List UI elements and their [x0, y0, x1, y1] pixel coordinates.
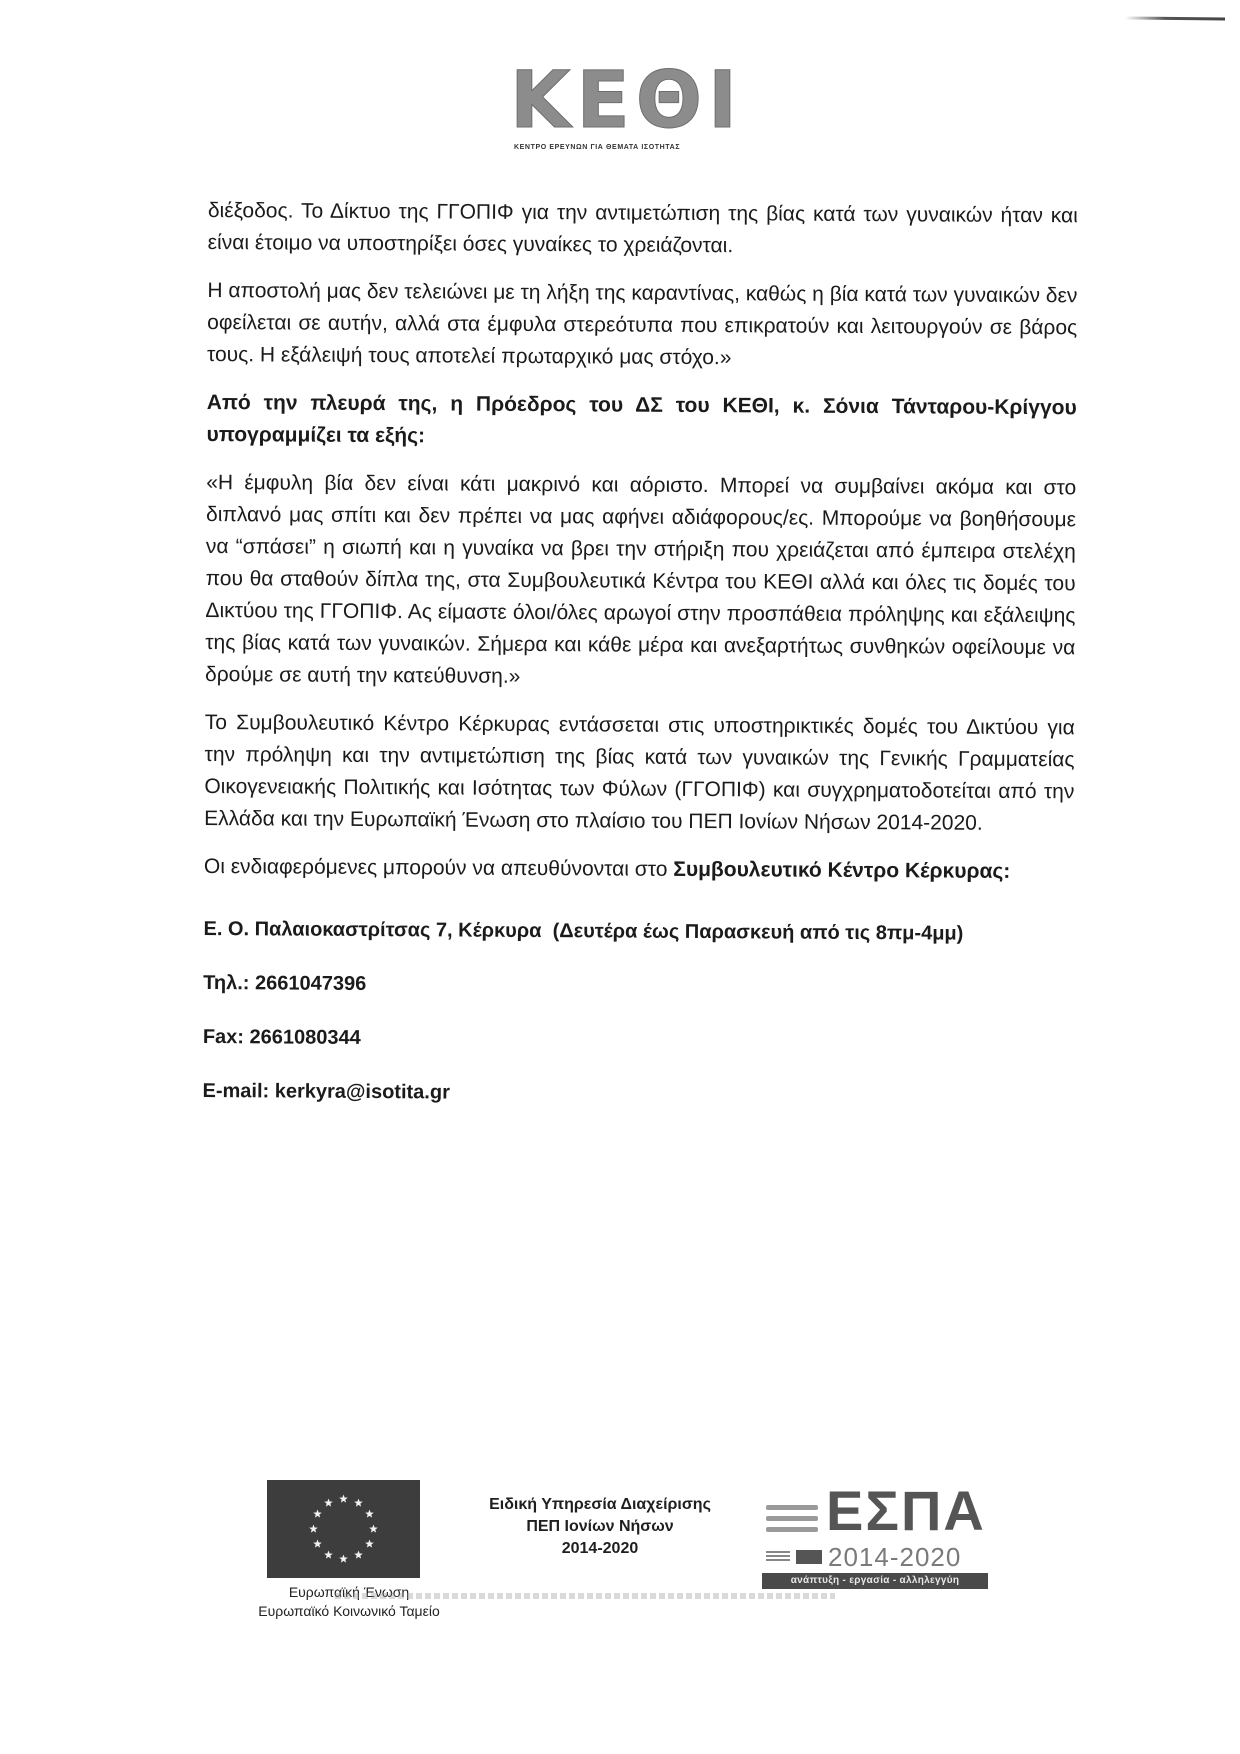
logo-letters: ΚΕΘΙ: [510, 62, 743, 140]
espa-flags-icon: [766, 1549, 824, 1565]
eu-caption-fund: Ευρωπαϊκό Κοινωνικό Ταμείο: [244, 1602, 454, 1621]
hours-text: (Δευτέρα έως Παρασκευή από τις 8πμ-4μμ): [553, 920, 964, 945]
contact-intro-center: Συμβουλευτικό Κέντρο Κέρκυρας:: [673, 858, 1010, 883]
managing-authority-line2: ΠΕΠ Ιονίων Νήσων: [455, 1516, 745, 1538]
document-body: διέξοδος. Το Δίκτυο της ΓΓΟΠΙΦ για την α…: [202, 195, 1078, 1134]
eu-flag-icon: [267, 1480, 420, 1578]
cofunding-fine-print: [335, 1593, 835, 1599]
contact-email[interactable]: E-mail: kerkyra@isotita.gr: [202, 1075, 1072, 1112]
managing-authority-line1: Ειδική Υπηρεσία Διαχείρισης: [455, 1494, 745, 1516]
paragraph-network: διέξοδος. Το Δίκτυο της ΓΓΟΠΙΦ για την α…: [208, 195, 1078, 264]
paragraph-contact-intro: Οι ενδιαφερόμενες μπορούν να απευθύνοντα…: [204, 851, 1074, 888]
paragraph-counseling-center: Το Συμβουλευτικό Κέντρο Κέρκυρας εντάσσε…: [204, 707, 1075, 840]
espa-title: ΕΣΠΑ: [826, 1481, 986, 1541]
eu-caption: Ευρωπαϊκή Ένωση Ευρωπαϊκό Κοινωνικό Ταμε…: [244, 1583, 454, 1621]
espa-logo: ΕΣΠΑ 2014-2020 ανάπτυξη - εργασία - αλλη…: [760, 1487, 990, 1587]
address-text: Ε. Ο. Παλαιοκαστρίτσας 7, Κέρκυρα: [203, 918, 541, 942]
logo-subtitle: ΚΕΝΤΡΟ ΕΡΕΥΝΩΝ ΓΙΑ ΘΕΜΑΤΑ ΙΣΟΤΗΤΑΣ: [514, 144, 680, 151]
paragraph-mission: Η αποστολή μας δεν τελειώνει με τη λήξη …: [207, 275, 1078, 376]
espa-tagline: ανάπτυξη - εργασία - αλληλεγγύη: [762, 1573, 988, 1589]
paragraph-president-quote: «Η έμφυλη βία δεν είναι κάτι μακρινό και…: [205, 467, 1076, 696]
scan-artifact: [1125, 16, 1225, 20]
contact-phone: Τηλ.: 2661047396: [203, 967, 1073, 1004]
paragraph-president-intro: Από την πλευρά της, η Πρόεδρος του ΔΣ το…: [206, 387, 1076, 456]
kethi-logo: ΚΕΘΙ ΚΕΝΤΡΟ ΕΡΕΥΝΩΝ ΓΙΑ ΘΕΜΑΤΑ ΙΣΟΤΗΤΑΣ: [510, 62, 750, 152]
espa-bars-icon: [766, 1505, 818, 1538]
contact-fax: Fax: 2661080344: [203, 1021, 1073, 1058]
managing-authority-line3: 2014-2020: [455, 1538, 745, 1560]
espa-years: 2014-2020: [828, 1543, 961, 1571]
contact-address: Ε. Ο. Παλαιοκαστρίτσας 7, Κέρκυρα (Δευτέ…: [203, 913, 1073, 950]
contact-intro-text: Οι ενδιαφερόμενες μπορούν να απευθύνοντα…: [204, 855, 674, 881]
managing-authority: Ειδική Υπηρεσία Διαχείρισης ΠΕΠ Ιονίων Ν…: [455, 1494, 745, 1560]
